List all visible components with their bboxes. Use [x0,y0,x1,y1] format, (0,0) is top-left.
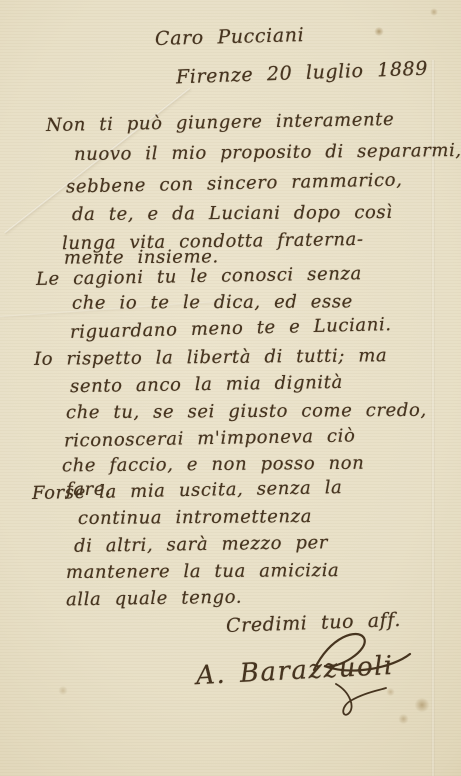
body-line: Non ti può giungere interamente [46,109,395,136]
body-line: Le cagioni tu le conosci senza [36,263,362,290]
dateline: Firenze 20 luglio 1889 [176,58,429,89]
body-line: alla quale tengo. [66,587,242,611]
body-line: che faccio, e non posso non [62,453,365,477]
body-line: riconoscerai m'imponeva ciò [64,425,356,451]
fold-right-edge [431,60,435,776]
foxing-spot [374,27,384,36]
signature-underline-flourish [330,678,390,718]
body-line: sento anco la mia dignità [70,372,343,397]
body-line: sebbene con sincero rammarico, [66,169,403,197]
body-line: mantenere la tua amicizia [66,560,339,583]
letter-page: Caro Pucciani Firenze 20 luglio 1889 Non… [0,0,461,776]
body-line: che io te le dica, ed esse [72,291,353,313]
body-line: nuovo il mio proposito di separarmi, [74,140,461,165]
body-line: Io rispetto la libertà di tutti; ma [34,345,387,370]
body-line: da te, e da Luciani dopo così [72,202,393,225]
foxing-spot [398,714,409,724]
body-line: di altri, sarà mezzo per [74,532,328,557]
foxing-spot [58,686,68,695]
body-line: continua intromettenza [78,506,312,529]
foxing-spot [430,8,438,16]
foxing-spot [414,698,430,712]
body-line: che tu, se sei giusto come credo, [66,400,427,424]
letter-scan: Caro Pucciani Firenze 20 luglio 1889 Non… [0,0,461,776]
greeting: Caro Pucciani [155,24,305,50]
body-line: riguardano meno te e Luciani. [70,314,392,343]
